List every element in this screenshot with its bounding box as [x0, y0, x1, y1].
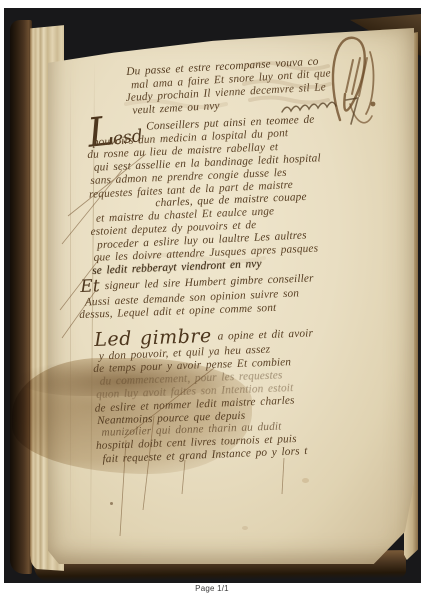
fox-spot [242, 526, 248, 530]
manuscript-viewer: Lesd Du passe et estre recompanse vouva … [0, 0, 424, 600]
page-counter: Page 1/1 [0, 584, 424, 593]
manuscript-paragraph-2: Conseillers put ainsi en teomee depouvoi… [88, 113, 325, 277]
manuscript-paragraph-3: Etsigneur led sire Humbert gimbre consei… [80, 270, 315, 321]
manuscript-paragraph-4: Led gimbrea opine et dit avoir y don pou… [94, 323, 317, 466]
paragraph-3-initial: Et [80, 276, 100, 297]
ink-dot [110, 502, 113, 505]
fox-spot [302, 478, 309, 483]
manuscript-photo: Lesd Du passe et estre recompanse vouva … [4, 8, 421, 583]
book-spine [10, 20, 32, 574]
manuscript-paragraph-1: Du passe et estre recompanse vouva comal… [126, 55, 332, 118]
page-crease [70, 68, 71, 538]
